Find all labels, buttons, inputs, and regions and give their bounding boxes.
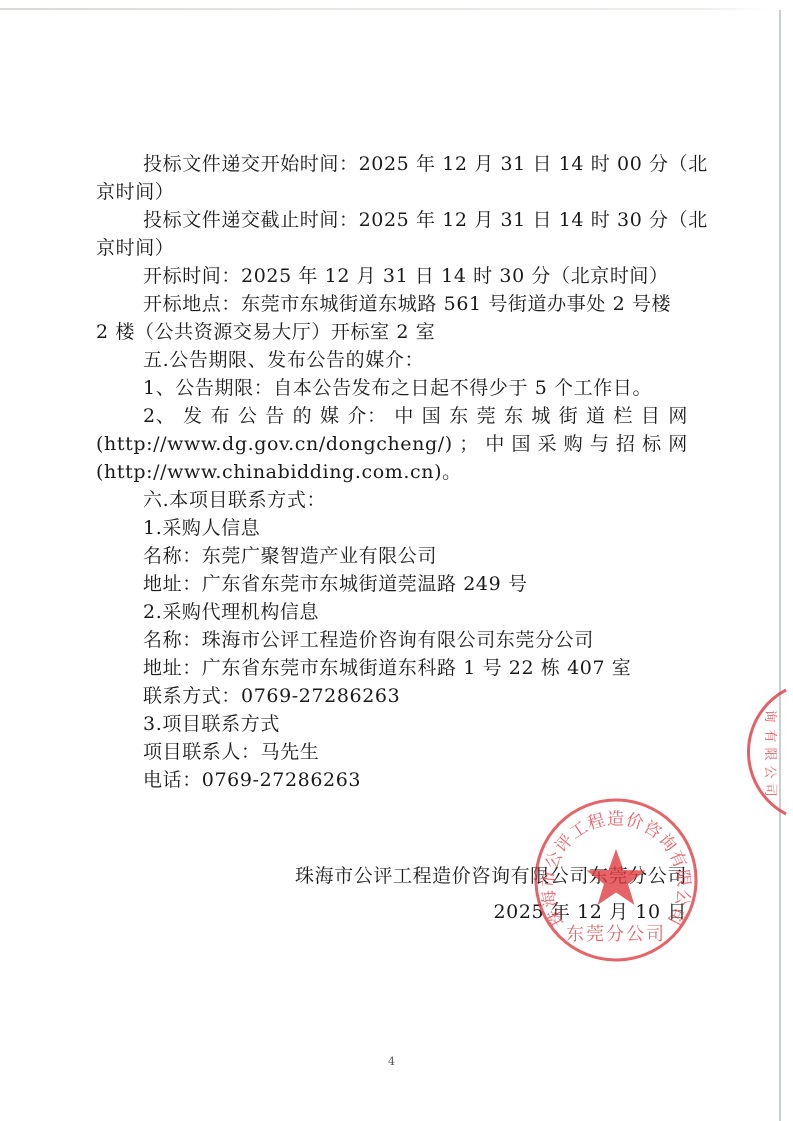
purchaser-info-heading: 1.采购人信息 — [96, 514, 688, 542]
section-six-heading: 六.本项目联系方式： — [96, 486, 688, 514]
publish-media-line: 2、 发 布 公 告 的 媒 介： 中 国 东 莞 东 城 街 道 栏 目 网 — [96, 402, 688, 430]
scan-edge-right — [779, 10, 781, 1121]
agency-address: 地址：广东省东莞市东城街道东科路 1 号 22 栋 407 室 — [96, 654, 688, 682]
notice-period-line: 1、公告期限：自本公告发布之日起不得少于 5 个工作日。 — [96, 374, 688, 402]
bid-opening-location-line-cont: 2 楼（公共资源交易大厅）开标室 2 室 — [96, 318, 688, 346]
bid-opening-location-line: 开标地点：东莞市东城街道东城路 561 号街道办事处 2 号楼 — [96, 290, 688, 318]
purchaser-address: 地址：广东省东莞市东城街道莞温路 249 号 — [96, 570, 688, 598]
svg-text:询: 询 — [762, 709, 777, 722]
chinabidding-url-link[interactable]: (http://www.chinabidding.com.cn)。 — [96, 458, 688, 486]
project-contact-person: 项目联系人：马先生 — [96, 738, 688, 766]
page-number: 4 — [388, 1055, 395, 1068]
project-contact-heading: 3.项目联系方式 — [96, 710, 688, 738]
signature-company: 珠海市公评工程造价咨询有限公司东莞分公司 — [295, 858, 687, 894]
bid-submission-start-line: 投标文件递交开始时间：2025 年 12 月 31 日 14 时 00 分（北 — [96, 150, 688, 178]
svg-text:司: 司 — [762, 783, 777, 796]
document-page: 投标文件递交开始时间：2025 年 12 月 31 日 14 时 00 分（北 … — [0, 0, 793, 1121]
agency-info-heading: 2.采购代理机构信息 — [96, 598, 688, 626]
svg-text:有: 有 — [762, 729, 777, 742]
section-five-heading: 五.公告期限、发布公告的媒介： — [96, 346, 688, 374]
bid-submission-start-line-cont: 京时间） — [96, 178, 688, 206]
bid-submission-deadline-line-cont: 京时间） — [96, 234, 688, 262]
scan-edge-top — [0, 8, 770, 10]
signature-date: 2025 年 12 月 10 日 — [295, 894, 687, 930]
agency-name: 名称：珠海市公评工程造价咨询有限公司东莞分公司 — [96, 626, 688, 654]
svg-text:限: 限 — [762, 747, 777, 760]
project-contact-phone: 电话：0769-27286263 — [96, 766, 688, 794]
dongcheng-url-link[interactable]: (http://www.dg.gov.cn/dongcheng/) — [96, 430, 453, 458]
bid-submission-deadline-line: 投标文件递交截止时间：2025 年 12 月 31 日 14 时 30 分（北 — [96, 206, 688, 234]
announcement-body: 投标文件递交开始时间：2025 年 12 月 31 日 14 时 00 分（北 … — [96, 150, 688, 794]
svg-text:公: 公 — [762, 765, 777, 778]
publish-media-urls-line: (http://www.dg.gov.cn/dongcheng/) ； 中 国 … — [96, 430, 688, 458]
purchaser-name: 名称：东莞广聚智造产业有限公司 — [96, 542, 688, 570]
partial-seal-icon: 询 有 限 公 司 — [736, 686, 793, 818]
bid-opening-time-line: 开标时间：2025 年 12 月 31 日 14 时 30 分（北京时间） — [96, 262, 688, 290]
agency-contact: 联系方式：0769-27286263 — [96, 682, 688, 710]
signature-block: 珠海市公评工程造价咨询有限公司东莞分公司 2025 年 12 月 10 日 — [295, 858, 687, 930]
